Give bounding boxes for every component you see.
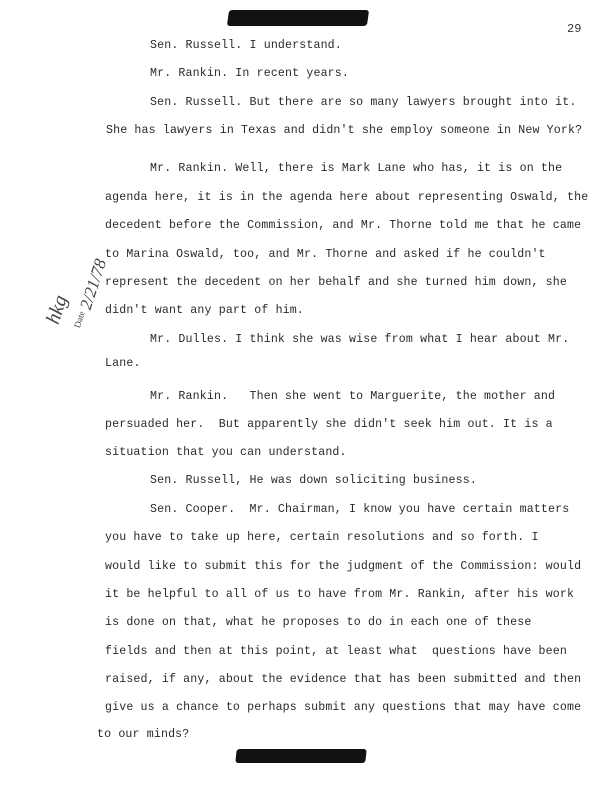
transcript-line: represent the decedent on her behalf and…: [105, 276, 567, 289]
transcript-line: fields and then at this point, at least …: [105, 645, 567, 658]
transcript-line: Sen. Cooper. Mr. Chairman, I know you ha…: [150, 503, 569, 516]
document-page: 29 Sen. Russell. I understand.Mr. Rankin…: [0, 0, 612, 791]
transcript-line: agenda here, it is in the agenda here ab…: [105, 191, 588, 204]
transcript-line: Mr. Rankin. Then she went to Marguerite,…: [150, 390, 555, 403]
transcript-line: is done on that, what he proposes to do …: [105, 616, 531, 629]
transcript-line: She has lawyers in Texas and didn't she …: [106, 124, 582, 137]
transcript-line: raised, if any, about the evidence that …: [105, 673, 581, 686]
stamp-date-value: 2/21/78: [76, 257, 111, 313]
stamp-date-label: Date: [72, 310, 87, 329]
transcript-line: to our minds?: [97, 728, 189, 741]
transcript-line: Mr. Dulles. I think she was wise from wh…: [150, 333, 569, 346]
transcript-line: Mr. Rankin. Well, there is Mark Lane who…: [150, 162, 562, 175]
transcript-line: didn't want any part of him.: [105, 304, 304, 317]
transcript-line: Lane.: [105, 357, 141, 370]
page-number: 29: [567, 22, 581, 36]
transcript-line: give us a chance to perhaps submit any q…: [105, 701, 581, 714]
transcript-line: Sen. Russell. I understand.: [150, 39, 342, 52]
transcript-line: would like to submit this for the judgme…: [105, 560, 581, 573]
transcript-line: decedent before the Commission, and Mr. …: [105, 219, 581, 232]
transcript-line: it be helpful to all of us to have from …: [105, 588, 574, 601]
redaction-bar-bottom: [235, 749, 366, 763]
redaction-bar-top: [227, 10, 369, 26]
transcript-line: situation that you can understand.: [105, 446, 347, 459]
transcript-line: you have to take up here, certain resolu…: [105, 531, 539, 544]
transcript-line: Sen. Russell. But there are so many lawy…: [150, 96, 576, 109]
stamp-initials: hkg: [42, 293, 73, 328]
transcript-line: Sen. Russell, He was down soliciting bus…: [150, 474, 477, 487]
transcript-line: to Marina Oswald, too, and Mr. Thorne an…: [105, 248, 546, 261]
transcript-line: Mr. Rankin. In recent years.: [150, 67, 349, 80]
transcript-line: persuaded her. But apparently she didn't…: [105, 418, 553, 431]
margin-stamp: hkg Date 2/21/78: [28, 228, 108, 328]
